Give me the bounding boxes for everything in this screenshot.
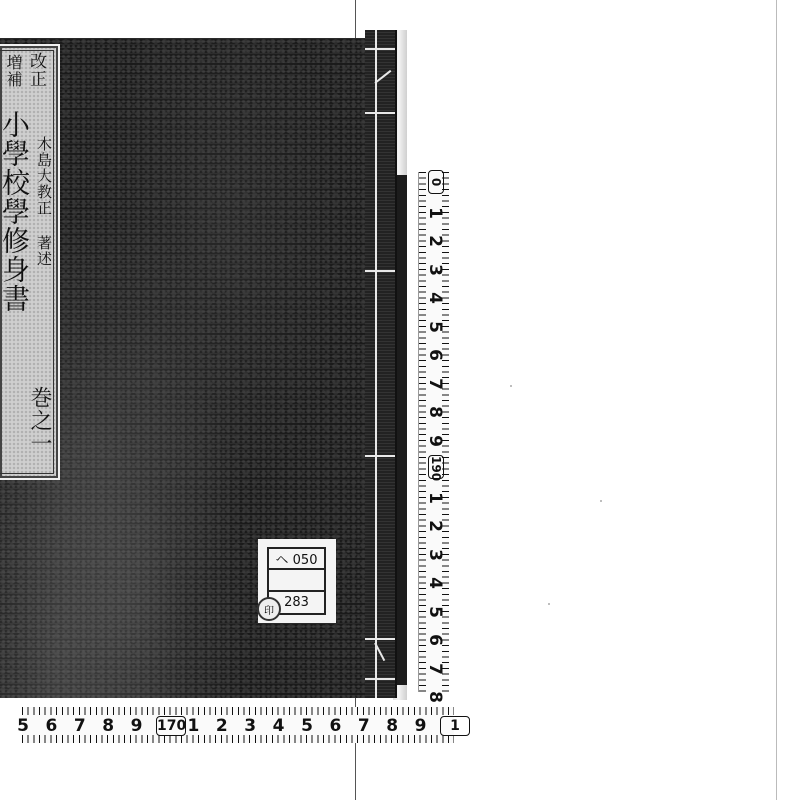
ruler-label: 6 xyxy=(42,716,60,736)
label-prefix-right: 改正 xyxy=(24,52,49,88)
ruler-label: 1 xyxy=(184,716,202,736)
ruler-label: 7 xyxy=(425,376,445,392)
ruler-label: 170 xyxy=(156,716,186,736)
ruler-label: 4 xyxy=(425,290,445,306)
scan-speck xyxy=(548,603,550,605)
ruler-label: 1 xyxy=(440,716,470,736)
stamp-row-2 xyxy=(269,570,324,591)
shelf-stamp: ヘ 050 283 印 xyxy=(258,539,336,623)
seal-icon: 印 xyxy=(257,597,281,621)
binding-stitch xyxy=(365,678,395,680)
ruler-label: 1 xyxy=(425,205,445,221)
vertical-ruler: 012345678919012345678 xyxy=(418,172,449,692)
ruler-label: 7 xyxy=(355,716,373,736)
ruler-label: 2 xyxy=(425,233,445,249)
ruler-label: 8 xyxy=(425,689,445,705)
ruler-label: 1 xyxy=(425,490,445,506)
ruler-label: 5 xyxy=(425,604,445,620)
ruler-label: 0 xyxy=(428,170,444,194)
horizontal-ruler: 567891701234567891 xyxy=(22,707,454,743)
ruler-label: 9 xyxy=(128,716,146,736)
binding-stitch xyxy=(365,455,395,457)
binding-stitch xyxy=(365,638,395,640)
ruler-label: 2 xyxy=(213,716,231,736)
book-spine-binding xyxy=(365,30,397,698)
label-title: 小學校學修身書 xyxy=(0,110,28,313)
binding-thread xyxy=(375,30,377,698)
ruler-label: 7 xyxy=(71,716,89,736)
binding-stitch xyxy=(365,48,395,50)
ruler-label: 5 xyxy=(14,716,32,736)
ruler-label: 6 xyxy=(425,347,445,363)
ruler-label: 8 xyxy=(383,716,401,736)
page-edge-line xyxy=(776,0,777,800)
ruler-label: 9 xyxy=(412,716,430,736)
ruler-label: 3 xyxy=(425,547,445,563)
scan-speck xyxy=(510,385,512,387)
ruler-label: 190 xyxy=(428,455,444,479)
ruler-label: 6 xyxy=(326,716,344,736)
ruler-label: 2 xyxy=(425,518,445,534)
ruler-label: 4 xyxy=(425,575,445,591)
ruler-ticks-top xyxy=(22,707,454,715)
ruler-label: 6 xyxy=(425,632,445,648)
ruler-label: 4 xyxy=(270,716,288,736)
ruler-ticks-bottom xyxy=(22,735,454,743)
ruler-label: 8 xyxy=(99,716,117,736)
label-author: 木島大教正 著述 xyxy=(36,136,51,267)
ruler-label: 3 xyxy=(425,262,445,278)
scan-speck xyxy=(600,500,602,502)
ruler-label: 5 xyxy=(425,319,445,335)
ruler-label: 3 xyxy=(241,716,259,736)
label-volume: 巻之一 xyxy=(28,386,50,455)
scan-page: 改正 増補 木島大教正 著述 小學校學修身書 巻之一 ヘ 050 283 印 0… xyxy=(0,0,800,800)
label-prefix-left: 増補 xyxy=(2,54,25,88)
ruler-label: 7 xyxy=(425,661,445,677)
title-label: 改正 増補 木島大教正 著述 小學校學修身書 巻之一 xyxy=(0,44,60,480)
stamp-row-1: ヘ 050 xyxy=(269,549,324,570)
binding-stitch xyxy=(365,112,395,114)
ruler-label: 5 xyxy=(298,716,316,736)
ruler-label: 8 xyxy=(425,404,445,420)
ruler-label: 9 xyxy=(425,433,445,449)
binding-stitch xyxy=(365,270,395,272)
